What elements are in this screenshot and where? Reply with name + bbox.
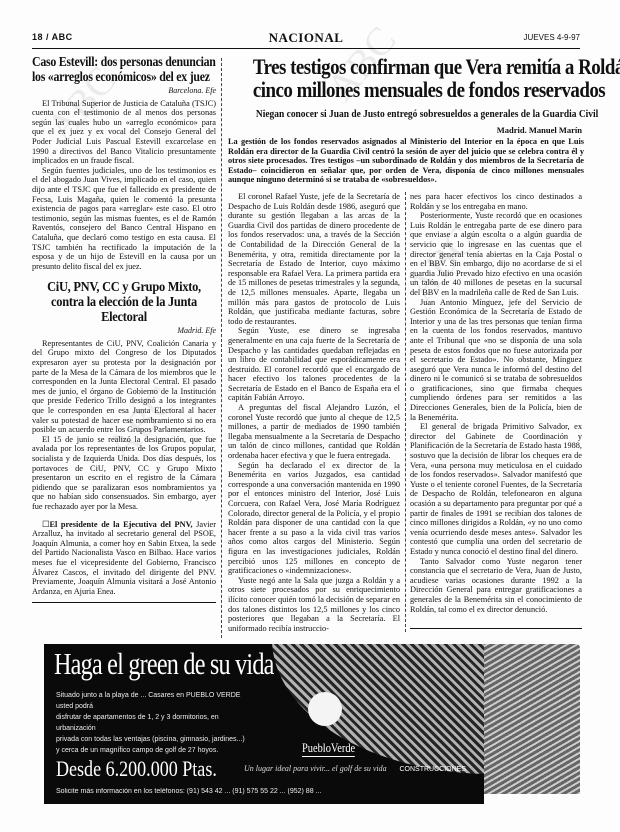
main-headline-line1: Tres testigos confirman que Vera remitía… bbox=[253, 55, 559, 78]
junta-electoral-credit: Madrid. Efe bbox=[32, 326, 216, 336]
ad-copy-line: disfrutar de apartamentos de 1, 2 y 3 do… bbox=[56, 712, 256, 734]
main-paragraph: El coronel Rafael Yuste, jefe de la Secr… bbox=[228, 192, 400, 326]
left-column-rule bbox=[32, 602, 216, 603]
pnv-brief-text: Javier Arzalluz, ha invitado al secretar… bbox=[32, 520, 216, 596]
junta-electoral-paragraph: Representantes de CiU, PNV, Coalición Ca… bbox=[32, 339, 216, 435]
pnv-brief: ☐El presidente de la Ejecutiva del PNV, … bbox=[32, 520, 216, 597]
junta-electoral-headline: CiU, PNV, CC y Grupo Mixto, contra la el… bbox=[39, 279, 208, 324]
main-lead: La gestión de los fondos reservados asig… bbox=[228, 137, 584, 185]
section-title: NACIONAL bbox=[32, 30, 580, 46]
main-paragraph: Posteriormente, Yuste recordó que en oca… bbox=[410, 211, 582, 297]
main-paragraph: nes para hacer efectivos los cinco desti… bbox=[410, 192, 582, 211]
main-headline-line2: cinco millones mensuales de fondos reser… bbox=[253, 78, 559, 101]
main-credit: Madrid. Manuel Marín bbox=[497, 125, 582, 135]
pnv-brief-lead: El presidente de la Ejecutiva del PNV, bbox=[49, 520, 192, 529]
ad-landscape-photo-edge bbox=[484, 644, 580, 794]
advertisement-pueblo-verde: Haga el green de su vida Situado junto a… bbox=[44, 644, 484, 804]
ad-sun-logo-icon bbox=[308, 692, 342, 726]
right-column-rule bbox=[410, 628, 582, 629]
column-separator bbox=[221, 58, 222, 638]
column-separator bbox=[405, 192, 406, 632]
main-headline: Tres testigos confirman que Vera remitía… bbox=[228, 55, 584, 101]
ad-tagline: Un lugar ideal para vivir... el golf de … bbox=[244, 764, 387, 773]
ad-copy: Situado junto a la playa de ... Casares … bbox=[56, 690, 256, 756]
estevill-paragraph: Según fuentes judiciales, uno de los tes… bbox=[32, 166, 216, 272]
main-paragraph: Yuste negó ante la Sala que juzga a Rold… bbox=[228, 576, 400, 634]
main-subheadline-text: Niegan conocer si Juan de Justo entregó … bbox=[256, 108, 598, 120]
estevill-paragraph: El Tribunal Superior de Justicia de Cata… bbox=[32, 99, 216, 166]
ad-headline: Haga el green de su vida bbox=[54, 646, 274, 682]
ad-brand: PuebloVerde bbox=[302, 740, 355, 757]
ad-copy-line: y cerca de un magnífico campo de golf de… bbox=[56, 745, 256, 756]
left-column: Caso Estevill: dos personas denuncian lo… bbox=[32, 54, 216, 609]
estevill-headline: Caso Estevill: dos personas denuncian lo… bbox=[32, 54, 217, 84]
main-paragraph: Tanto Salvador como Yuste negaron tener … bbox=[410, 557, 582, 615]
main-paragraph: A preguntas del fiscal Alejandro Luzón, … bbox=[228, 403, 400, 461]
ad-copy-line: Situado junto a la playa de ... Casares … bbox=[56, 690, 256, 712]
ad-contact-footer: Solicite más información en los teléfono… bbox=[56, 788, 476, 795]
main-subheadline: Niegan conocer si Juan de Justo entregó … bbox=[228, 108, 584, 120]
estevill-credit: Barcelona. Efe bbox=[32, 86, 216, 96]
main-story-column-2: nes para hacer efectivos los cinco desti… bbox=[410, 192, 582, 614]
main-paragraph: Según Yuste, ese dinero se ingresaba gen… bbox=[228, 326, 400, 403]
main-paragraph: Según ha declarado el ex director de la … bbox=[228, 461, 400, 576]
main-paragraph: Juan Antonio Mínguez, jefe del Servicio … bbox=[410, 298, 582, 423]
page-masthead: 18 / ABC NACIONAL JUEVES 4-9-97 bbox=[32, 30, 580, 48]
main-paragraph: El general de brigada Primitivo Salvador… bbox=[410, 422, 582, 556]
ad-copy-line: privada con todas las ventajas (piscina,… bbox=[56, 734, 256, 745]
main-story-column-1: El coronel Rafael Yuste, jefe de la Secr… bbox=[228, 192, 400, 633]
masthead-rule bbox=[32, 48, 580, 49]
ad-price: Desde 6.200.000 Ptas. bbox=[56, 756, 217, 782]
junta-electoral-paragraph: El 15 de junio se realizó la designación… bbox=[32, 435, 216, 512]
ad-developer-logo: CONSTRUCCIONES bbox=[399, 766, 466, 773]
issue-date: JUEVES 4-9-97 bbox=[524, 33, 580, 42]
